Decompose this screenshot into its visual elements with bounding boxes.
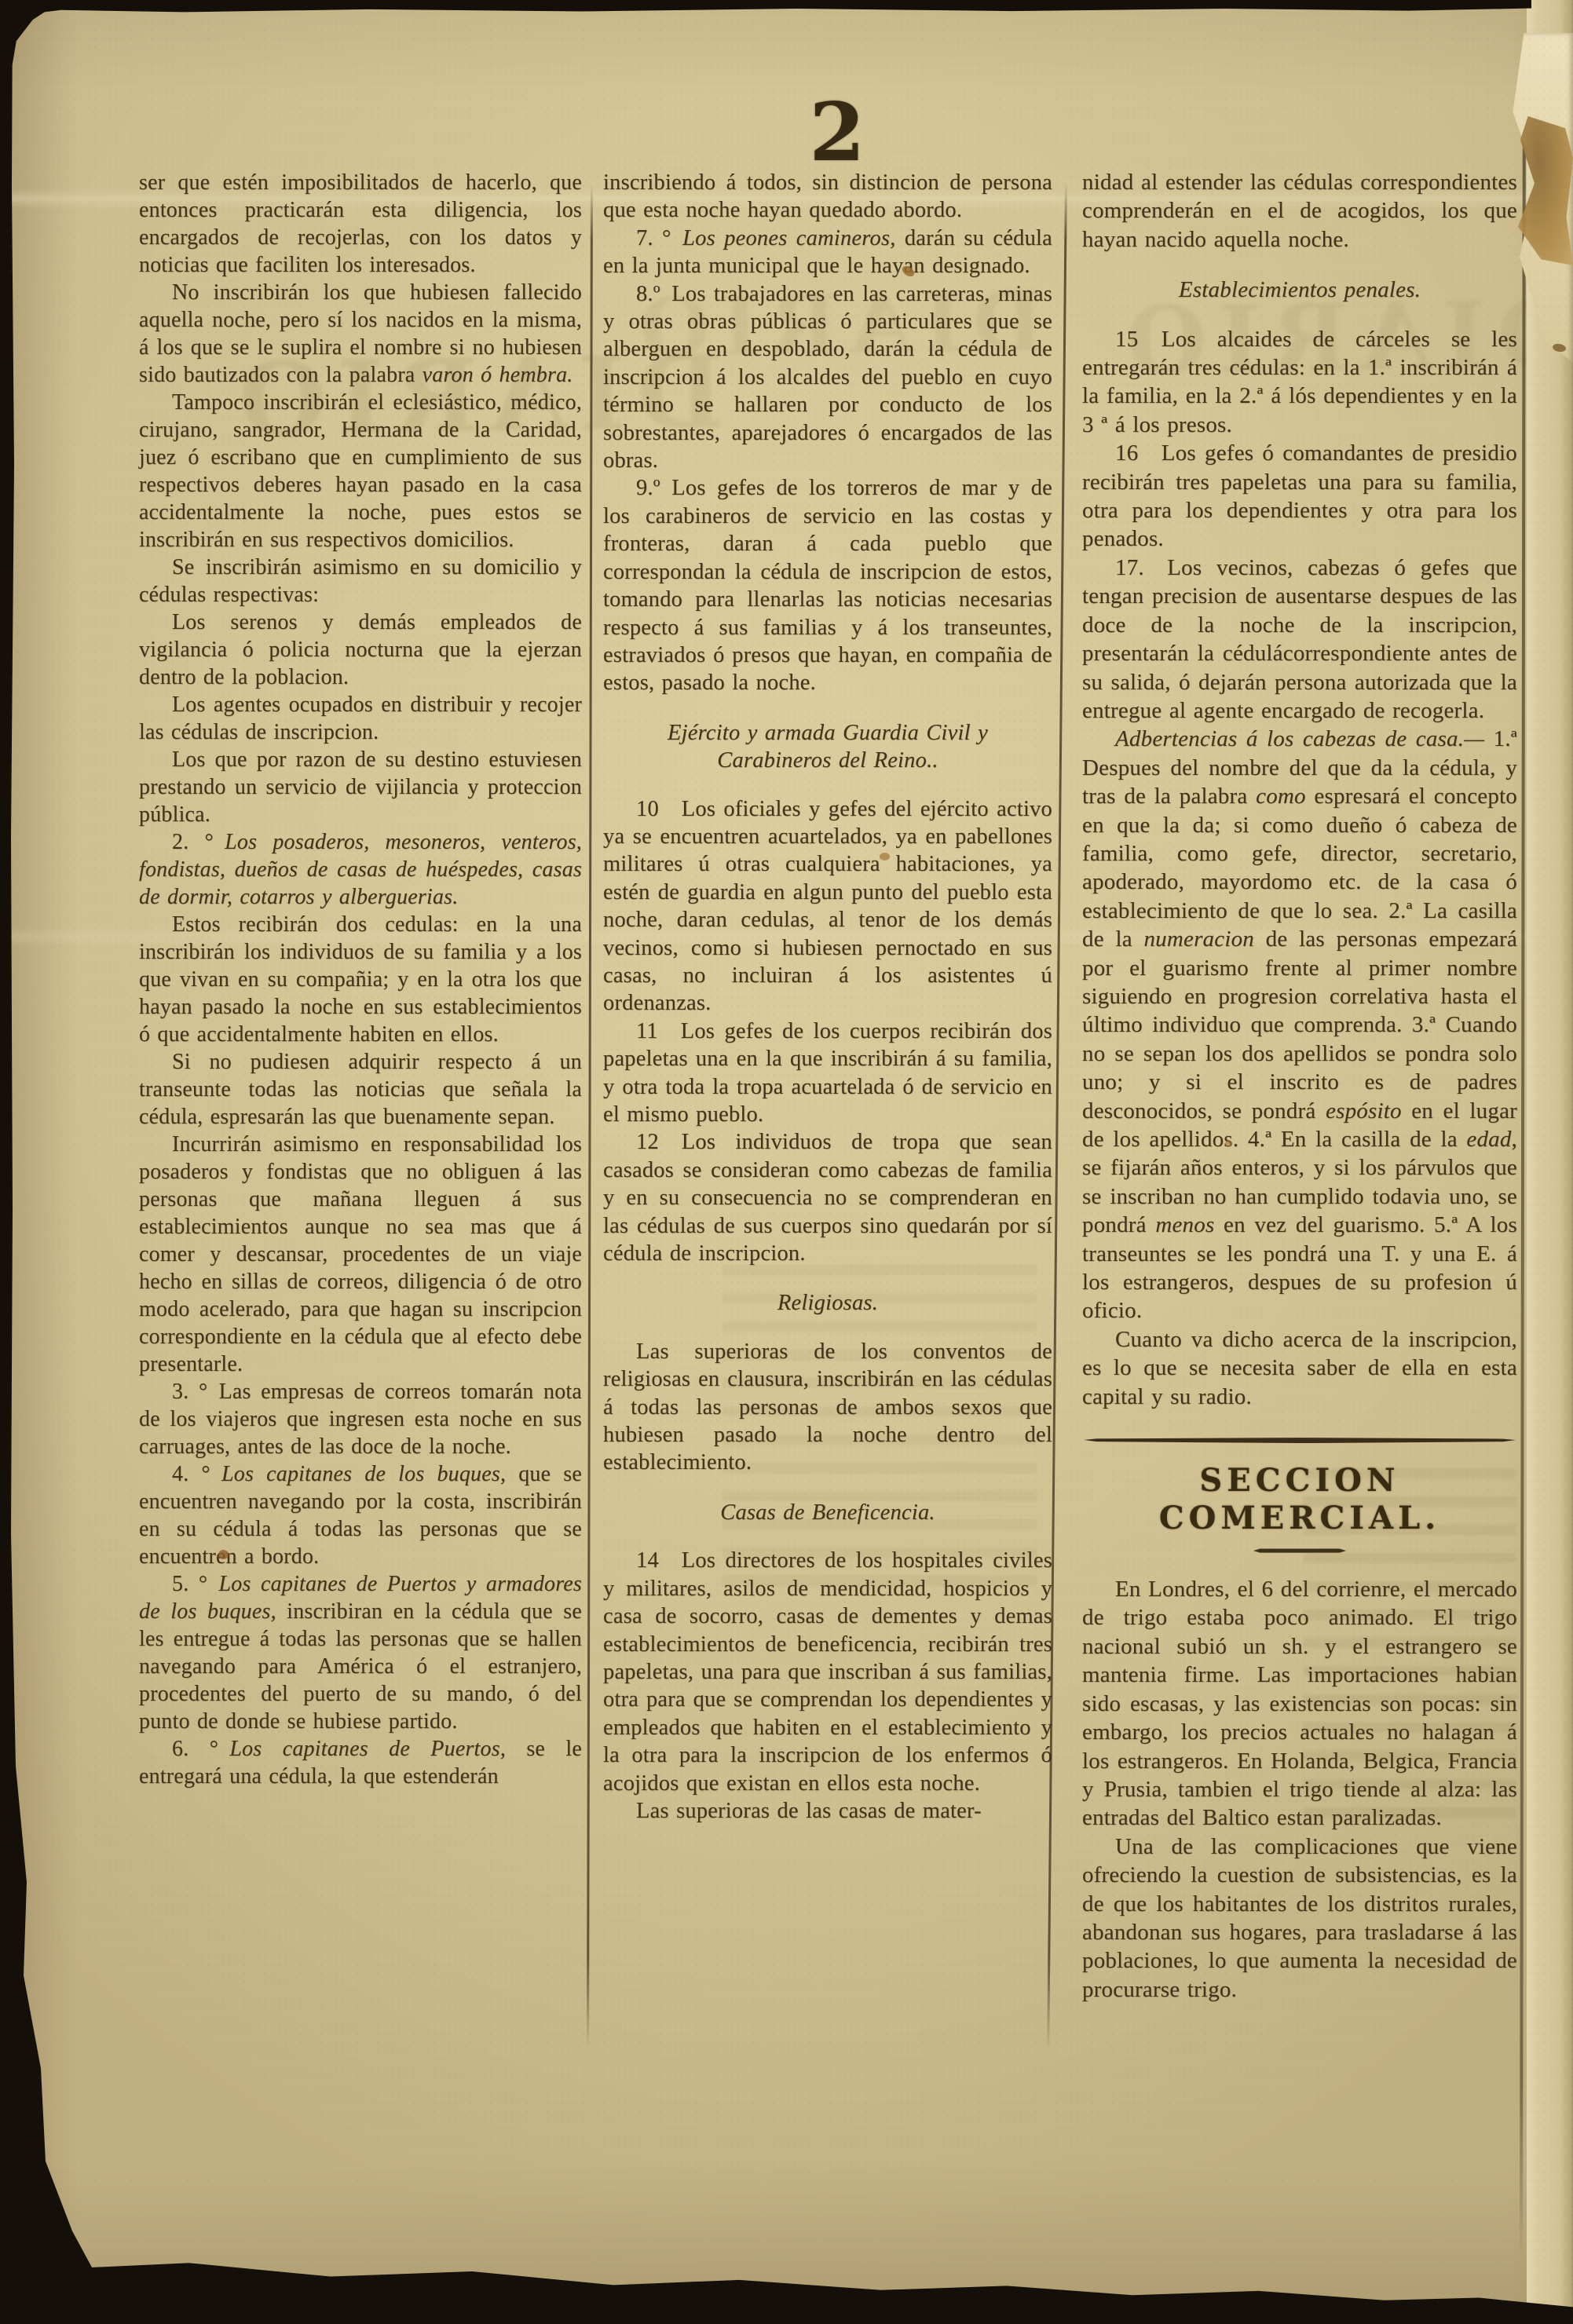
text-segment: Cuanto va dicho acerca de la inscripcion… <box>1082 1327 1517 1409</box>
text-segment: Se inscribirán asimismo en su domicilio … <box>139 555 582 607</box>
text-segment: ser que estén imposibilitados de hacerlo… <box>139 170 582 277</box>
paragraph: No inscribirán los que hubiesen fallecid… <box>139 279 582 389</box>
text-segment: Los agentes ocupados en distribuir y rec… <box>139 692 582 744</box>
text-segment: Tampoco inscribirán el eclesiástico, méd… <box>139 390 582 552</box>
short-center-rule <box>1253 1548 1346 1553</box>
text-segment: 15 Los alcaides de cárceles se les entre… <box>1082 327 1517 437</box>
text-segment: 8.º Los trabajadores en las carreteras, … <box>603 282 1052 473</box>
text-segment: 11 Los gefes de los cuerpos recibirán do… <box>603 1019 1052 1127</box>
italic-text-segment: varon ó hembra. <box>423 363 573 387</box>
text-segment: 16 Los gefes ó comandantes de presidio r… <box>1082 440 1517 551</box>
paragraph: Los serenos y demás empleados de vigilan… <box>139 608 582 691</box>
italic-text-segment: Los peones camineros, <box>682 226 895 250</box>
text-segment: de las personas empezará por el guarismo… <box>1082 926 1517 1123</box>
italic-text-segment: como <box>1256 784 1306 809</box>
text-segment: 6. ° <box>172 1737 229 1761</box>
text-segment: Incurrirán asimismo en responsabilidad l… <box>139 1132 582 1376</box>
paragraph: 8.º Los trabajadores en las carreteras, … <box>603 280 1052 475</box>
text-segment: nidad al estender las cédulas correspond… <box>1082 170 1517 252</box>
paragraph: 2. ° Los posaderos, mesoneros, venteros,… <box>139 828 582 911</box>
paragraph: Los agentes ocupados en distribuir y rec… <box>139 691 582 746</box>
text-segment: Estos recibirán dos cedulas: en la una i… <box>139 912 582 1047</box>
paragraph: 17. Los vecinos, cabezas ó gefes que ten… <box>1082 554 1517 725</box>
italic-text-segment: Los capitanes de los buques, <box>221 1462 506 1486</box>
paragraph: Estos recibirán dos cedulas: en la una i… <box>139 911 582 1048</box>
paragraph: Cuanto va dicho acerca de la inscripcion… <box>1082 1325 1517 1411</box>
text-segment: Las superioras de las casas de mater- <box>636 1799 982 1823</box>
text-segment: 10 Los oficiales y gefes del ejército ac… <box>603 797 1052 1016</box>
paragraph: Los que por razon de su destino estuvies… <box>139 746 582 828</box>
text-segment: En Londres, el 6 del corrienre, el merca… <box>1082 1577 1517 1830</box>
italic-text-segment: Ejército y armada Guardia Civil y Carabi… <box>668 721 988 773</box>
text-segment: 3. ° Las empresas de correos tomarán not… <box>139 1379 582 1459</box>
italic-text-segment: Establecimientos penales. <box>1179 277 1421 302</box>
paragraph-continuation: inscribiendo á todos, sin distincion de … <box>603 169 1052 225</box>
text-segment: 9.º Los gefes de los torreros de mar y d… <box>603 476 1052 695</box>
crosshead: Establecimientos penales. <box>1093 276 1506 304</box>
paragraph: Tampoco inscribirán el eclesiástico, méd… <box>139 389 582 554</box>
paragraph: 12 Los individuos de tropa que sean casa… <box>603 1128 1052 1267</box>
paper-stain <box>880 853 890 861</box>
paragraph: 4. ° Los capitanes de los buques, que se… <box>139 1460 582 1570</box>
paragraph: 10 Los oficiales y gefes del ejército ac… <box>603 795 1052 1018</box>
text-segment: 5. ° <box>172 1572 218 1596</box>
paragraph: Adbertencias á los cabezas de casa.— 1.ª… <box>1082 725 1517 1325</box>
scanned-newspaper-page: { "page": { "number": "2", "kind": "hist… <box>0 0 1573 2324</box>
horizontal-rule <box>1084 1438 1516 1443</box>
italic-text-segment: Casas de Beneficencia. <box>720 1500 935 1525</box>
text-segment: 17. Los vecinos, cabezas ó gefes que ten… <box>1082 555 1517 723</box>
italic-text-segment: Religiosas. <box>777 1291 878 1315</box>
paragraph: Se inscribirán asimismo en su domicilio … <box>139 554 582 608</box>
italic-text-segment: edad <box>1466 1127 1511 1152</box>
crosshead: Casas de Beneficencia. <box>614 1499 1041 1526</box>
paragraph-continuation: ser que estén imposibilitados de hacerlo… <box>139 169 582 279</box>
paragraph-continuation: nidad al estender las cédulas correspond… <box>1082 168 1517 254</box>
paper-stain <box>1225 1140 1232 1147</box>
col-3: nidad al estender las cédulas correspond… <box>1082 168 1517 2004</box>
italic-text-segment: espósito <box>1326 1098 1402 1124</box>
text-segment: 4. ° <box>172 1462 221 1486</box>
italic-text-segment: numeracion <box>1143 926 1254 952</box>
text-segment: Los serenos y demás empleados de vigilan… <box>139 610 582 689</box>
section-title: SECCION COMERCIAL. <box>1082 1462 1517 1537</box>
text-segment: 7. ° <box>636 226 682 250</box>
paragraph: Las superioras de los conventos de relig… <box>603 1338 1052 1477</box>
italic-text-segment: Adbertencias á los cabezas de casa.— <box>1115 726 1484 751</box>
text-segment: 14 Los directores de los hospitales civi… <box>603 1548 1052 1795</box>
paragraph: Una de las complicaciones que viene ofre… <box>1082 1833 1517 2004</box>
paragraph: 7. ° Los peones camineros, darán su cédu… <box>603 225 1052 280</box>
paragraph: 9.º Los gefes de los torreros de mar y d… <box>603 474 1052 696</box>
page-number: 2 <box>788 93 886 173</box>
paragraph: Si no pudiesen adquirir respecto á un tr… <box>139 1048 582 1131</box>
text-segment: Si no pudiesen adquirir respecto á un tr… <box>139 1050 582 1129</box>
text-segment: 2. ° <box>172 830 225 854</box>
italic-text-segment: Los capitanes de Puertos, <box>229 1737 506 1761</box>
crosshead: Ejército y armada Guardia Civil y Carabi… <box>614 719 1041 775</box>
paragraph: Incurrirán asimismo en responsabilidad l… <box>139 1131 582 1378</box>
text-segment: Las superioras de los conventos de relig… <box>603 1339 1052 1475</box>
paper-stain <box>218 1550 229 1559</box>
text-segment: inscribiendo á todos, sin distincion de … <box>603 170 1052 222</box>
text-segment: Una de las complicaciones que viene ofre… <box>1082 1834 1517 2002</box>
paragraph: Las superioras de las casas de mater- <box>603 1797 1052 1825</box>
paragraph: 16 Los gefes ó comandantes de presidio r… <box>1082 439 1517 554</box>
paragraph: 11 Los gefes de los cuerpos recibirán do… <box>603 1018 1052 1129</box>
text-segment: 12 Los individuos de tropa que sean casa… <box>603 1130 1052 1266</box>
col-1: ser que estén imposibilitados de hacerlo… <box>139 169 582 1790</box>
paragraph: 5. ° Los capitanes de Puertos y armadore… <box>139 1570 582 1735</box>
paragraph: 15 Los alcaides de cárceles se les entre… <box>1082 325 1517 440</box>
paragraph: 6. ° Los capitanes de Puertos, se le ent… <box>139 1735 582 1790</box>
italic-text-segment: menos <box>1155 1212 1214 1237</box>
paragraph: En Londres, el 6 del corrienre, el merca… <box>1082 1575 1517 1833</box>
paragraph: 14 Los directores de los hospitales civi… <box>603 1547 1052 1797</box>
col-2: inscribiendo á todos, sin distincion de … <box>603 169 1052 1825</box>
paragraph: 3. ° Las empresas de correos tomarán not… <box>139 1378 582 1460</box>
crosshead: Religiosas. <box>614 1289 1041 1317</box>
text-segment: Los que por razon de su destino estuvies… <box>139 747 582 827</box>
